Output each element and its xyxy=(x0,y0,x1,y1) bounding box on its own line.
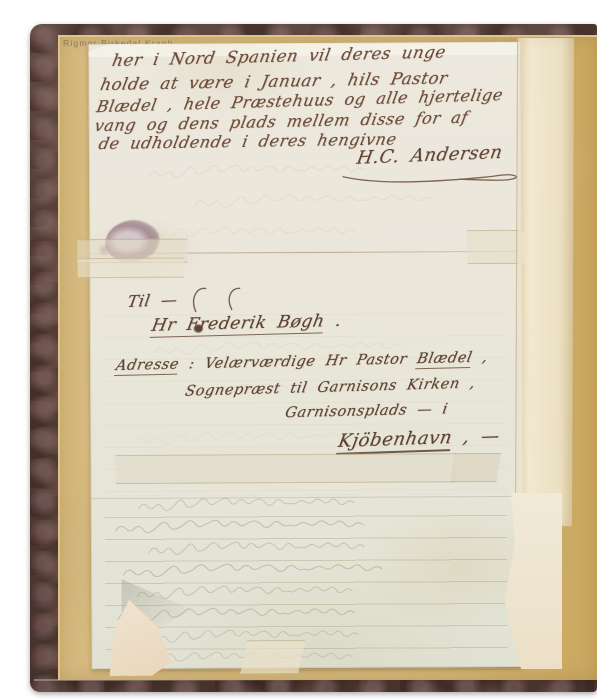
tape-strip-bottom xyxy=(240,640,305,674)
signature-flourish xyxy=(341,168,521,189)
showthrough-writing xyxy=(109,497,510,674)
letter-sheet: her i Nord Spanien vil deres unge holde … xyxy=(88,42,523,669)
letter-line: de udholdende i deres hengivne xyxy=(97,129,398,153)
photo-of-album-page: Rigmor Birkedal Kragh xyxy=(0,0,597,700)
address-label: Adresse xyxy=(114,357,180,377)
city-name: Kjöbenhavn xyxy=(336,427,454,455)
tape-strip-middle xyxy=(116,453,456,484)
address-til: Til — xyxy=(126,290,179,311)
recipient-name: Hr Frederik Bøgh xyxy=(150,311,327,338)
pastor-after: , xyxy=(471,350,489,366)
pen-swoosh xyxy=(182,283,252,313)
address-recipient: Hr Frederik Bøgh . xyxy=(150,311,343,336)
pastor-name: Blædel xyxy=(415,350,473,369)
vertical-tape-right xyxy=(515,38,574,526)
city-suffix: , — xyxy=(450,425,501,448)
recipient-period: . xyxy=(323,311,344,332)
tape-strip-left-lower xyxy=(77,258,183,279)
tape-strip-middle-end xyxy=(450,453,500,482)
